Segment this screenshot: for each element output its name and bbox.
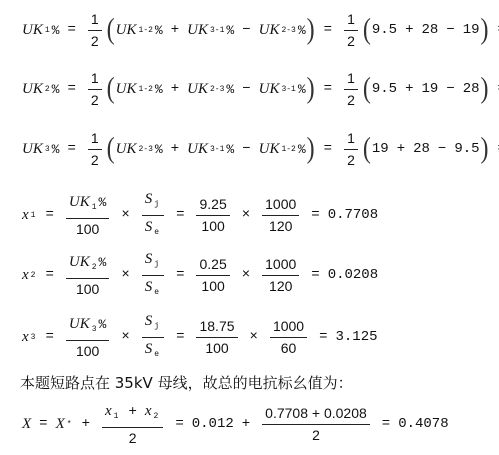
- var-s: S: [145, 279, 153, 295]
- number: 19: [372, 141, 389, 157]
- var-uk: UK: [69, 254, 90, 270]
- number: 9.5: [454, 141, 479, 157]
- subscript: 2: [45, 85, 50, 94]
- plus: +: [128, 404, 136, 420]
- var-s: S: [145, 219, 153, 235]
- number: 19: [463, 22, 480, 38]
- x-sum-fraction: x1+x22: [102, 402, 163, 447]
- result: 0.4078: [398, 416, 448, 432]
- numerator: 1: [344, 11, 358, 31]
- operator: +: [171, 141, 179, 157]
- numerator: 1000: [270, 318, 307, 338]
- equals: =: [39, 416, 47, 432]
- right-paren: ): [307, 72, 315, 106]
- var-uk: UK: [116, 22, 137, 39]
- operator: +: [405, 81, 413, 97]
- var-x-total: X: [22, 416, 31, 433]
- equals: =: [45, 207, 53, 223]
- equals: =: [176, 267, 184, 283]
- value-fraction: 0.25100: [196, 256, 229, 295]
- percent: %: [298, 142, 306, 157]
- number: 19: [422, 81, 439, 97]
- denominator: 2: [88, 150, 102, 169]
- var-uk: UK: [259, 141, 280, 158]
- right-paren: ): [481, 72, 489, 106]
- numerator: 1: [88, 11, 102, 31]
- percent: %: [155, 142, 163, 157]
- operator: +: [405, 22, 413, 38]
- numerator: 1: [344, 130, 358, 150]
- var-s: S: [145, 191, 153, 207]
- number: 9.5: [372, 81, 397, 97]
- numerator: UK3%: [66, 315, 109, 341]
- subscript: e: [154, 228, 159, 237]
- right-paren: ): [307, 13, 315, 47]
- operator: +: [171, 22, 179, 38]
- half-fraction: 12: [88, 70, 102, 109]
- value-sum-fraction: 0.7708 + 0.02082: [262, 405, 370, 444]
- times: ×: [242, 267, 250, 283]
- equation-uk3: UK3% = 12 ( UK2-3% + UK3-1% − UK1-2% ) =…: [22, 129, 499, 169]
- times: ×: [242, 207, 250, 223]
- equals: =: [319, 329, 327, 345]
- operator: −: [446, 81, 454, 97]
- subscript: 2-3: [210, 85, 224, 94]
- numerator: 1000: [262, 196, 299, 216]
- subscript: 1-2: [281, 145, 295, 154]
- times: ×: [121, 329, 129, 345]
- percent: %: [52, 82, 60, 97]
- capacity-fraction: 1000120: [262, 256, 299, 295]
- subscript: j: [154, 322, 159, 331]
- subscript: e: [154, 288, 159, 297]
- subscript: 1: [92, 203, 97, 212]
- equals: =: [67, 22, 75, 38]
- numerator: 18.75: [196, 318, 237, 338]
- uk-over-100-fraction: UK2%100: [66, 253, 109, 298]
- subscript: 2: [92, 263, 97, 272]
- numerator: UK1%: [66, 193, 109, 219]
- percent: %: [298, 23, 306, 38]
- var-uk: UK: [187, 22, 208, 39]
- half-fraction: 12: [344, 11, 358, 50]
- operator: −: [242, 22, 250, 38]
- var-s: S: [145, 251, 153, 267]
- percent: %: [155, 23, 163, 38]
- denominator: 60: [278, 338, 300, 357]
- left-paren: (: [363, 13, 371, 47]
- numerator: 1000: [262, 256, 299, 276]
- subscript: 2-3: [281, 26, 295, 35]
- result: 0.7708: [328, 207, 378, 223]
- subscript: j: [154, 260, 159, 269]
- operator: +: [397, 141, 405, 157]
- equals: =: [45, 329, 53, 345]
- percent: %: [99, 317, 107, 332]
- var-uk: UK: [22, 141, 43, 158]
- denominator: 100: [73, 219, 102, 238]
- numerator: 1: [88, 130, 102, 150]
- equals: =: [176, 329, 184, 345]
- half-fraction: 12: [344, 70, 358, 109]
- sj-over-se-fraction: SjSe: [142, 250, 164, 301]
- operator: +: [171, 81, 179, 97]
- right-paren: ): [481, 13, 489, 47]
- number: 0.012: [192, 416, 234, 432]
- var-s: S: [145, 341, 153, 357]
- denominator: 2: [344, 90, 358, 109]
- operator: −: [242, 81, 250, 97]
- equation-uk2: UK2% = 12 ( UK1-2% + UK2-3% − UK3-1% ) =…: [22, 69, 499, 109]
- var-uk: UK: [187, 141, 208, 158]
- times: ×: [121, 207, 129, 223]
- sj-over-se-fraction: SjSe: [142, 312, 164, 363]
- var-x-star: X: [56, 416, 65, 433]
- numerator: 0.7708 + 0.0208: [262, 405, 370, 425]
- equation-x3: x3 = UK3%100 × SjSe = 18.75100 × 100060 …: [22, 317, 378, 357]
- right-paren: ): [481, 132, 489, 166]
- subscript: 1: [45, 26, 50, 35]
- denominator: Se: [142, 338, 164, 363]
- var-uk: UK: [116, 141, 137, 158]
- uk-over-100-fraction: UK3%100: [66, 315, 109, 360]
- denominator: 100: [198, 276, 227, 295]
- times: ×: [250, 329, 258, 345]
- equation-x2: x2 = UK2%100 × SjSe = 0.25100 × 1000120 …: [22, 255, 378, 295]
- var-x: x: [145, 403, 152, 419]
- percent: %: [52, 142, 60, 157]
- percent: %: [226, 82, 234, 97]
- statement-text: 本题短路点在 35kV 母线，故总的电抗标幺值为：: [20, 372, 353, 393]
- number: 28: [413, 141, 430, 157]
- number: 28: [463, 81, 480, 97]
- denominator: 2: [126, 428, 140, 447]
- var-x: x: [105, 403, 112, 419]
- var-uk: UK: [69, 316, 90, 332]
- half-fraction: 12: [344, 130, 358, 169]
- numerator: Sj: [142, 190, 164, 216]
- uk-over-100-fraction: UK1%100: [66, 193, 109, 238]
- number: 28: [422, 22, 439, 38]
- equals: =: [382, 416, 390, 432]
- numerator: Sj: [142, 312, 164, 338]
- var-uk: UK: [69, 194, 90, 210]
- denominator: 100: [73, 279, 102, 298]
- subscript: 3: [31, 333, 36, 342]
- equals: =: [311, 207, 319, 223]
- left-paren: (: [107, 132, 115, 166]
- value-fraction: 9.25100: [196, 196, 229, 235]
- capacity-fraction: 1000120: [262, 196, 299, 235]
- plus: +: [242, 416, 250, 432]
- equals: =: [311, 267, 319, 283]
- denominator: 120: [266, 276, 295, 295]
- subscript: 1: [114, 412, 119, 421]
- percent: %: [226, 23, 234, 38]
- operator: −: [242, 141, 250, 157]
- percent: %: [52, 23, 60, 38]
- equals: =: [67, 141, 75, 157]
- equation-total-x: X = X* + x1+x22 = 0.012 + 0.7708 + 0.020…: [22, 404, 449, 444]
- denominator: 2: [344, 31, 358, 50]
- subscript: 3: [92, 325, 97, 334]
- denominator: 2: [88, 90, 102, 109]
- subscript: 2-3: [139, 145, 153, 154]
- numerator: 0.25: [196, 256, 229, 276]
- var-x: x: [22, 267, 29, 284]
- numerator: 1: [344, 70, 358, 90]
- equals: =: [45, 267, 53, 283]
- subscript: 3-1: [281, 85, 295, 94]
- equation-uk1: UK1% = 12 ( UK1-2% + UK3-1% − UK2-3% ) =…: [22, 10, 499, 50]
- var-s: S: [145, 313, 153, 329]
- percent: %: [298, 82, 306, 97]
- denominator: 100: [202, 338, 231, 357]
- var-uk: UK: [116, 81, 137, 98]
- numerator: 1: [88, 70, 102, 90]
- equation-x1: x1 = UK1%100 × SjSe = 9.25100 × 1000120 …: [22, 195, 378, 235]
- sj-over-se-fraction: SjSe: [142, 190, 164, 241]
- capacity-fraction: 100060: [270, 318, 307, 357]
- equals: =: [176, 207, 184, 223]
- percent: %: [99, 255, 107, 270]
- operator: −: [446, 22, 454, 38]
- half-fraction: 12: [88, 130, 102, 169]
- subscript: e: [154, 350, 159, 359]
- var-x: x: [22, 329, 29, 346]
- denominator: 2: [309, 425, 323, 444]
- percent: %: [99, 195, 107, 210]
- equals: =: [67, 81, 75, 97]
- percent: %: [155, 82, 163, 97]
- var-uk: UK: [22, 81, 43, 98]
- denominator: 2: [344, 150, 358, 169]
- left-paren: (: [107, 13, 115, 47]
- left-paren: (: [363, 72, 371, 106]
- denominator: 120: [266, 216, 295, 235]
- denominator: 100: [198, 216, 227, 235]
- subscript: *: [67, 420, 72, 429]
- equals: =: [324, 22, 332, 38]
- denominator: Se: [142, 216, 164, 241]
- numerator: x1+x2: [102, 402, 163, 428]
- numerator: Sj: [142, 250, 164, 276]
- equals: =: [324, 81, 332, 97]
- subscript: 1: [31, 211, 36, 220]
- subscript: 2: [154, 412, 159, 421]
- subscript: 3-1: [210, 26, 224, 35]
- left-paren: (: [363, 132, 371, 166]
- equals: =: [324, 141, 332, 157]
- value-fraction: 18.75100: [196, 318, 237, 357]
- var-uk: UK: [22, 22, 43, 39]
- result: 3.125: [336, 329, 378, 345]
- subscript: 3-1: [210, 145, 224, 154]
- subscript: 1-2: [139, 26, 153, 35]
- subscript: j: [154, 200, 159, 209]
- var-x: x: [22, 207, 29, 224]
- numerator: 9.25: [196, 196, 229, 216]
- times: ×: [121, 267, 129, 283]
- operator: −: [438, 141, 446, 157]
- numerator: UK2%: [66, 253, 109, 279]
- result: 0.0208: [328, 267, 378, 283]
- left-paren: (: [107, 72, 115, 106]
- denominator: Se: [142, 276, 164, 301]
- var-uk: UK: [259, 22, 280, 39]
- half-fraction: 12: [88, 11, 102, 50]
- subscript: 1-2: [139, 85, 153, 94]
- equals: =: [175, 416, 183, 432]
- percent: %: [226, 142, 234, 157]
- denominator: 100: [73, 341, 102, 360]
- right-paren: ): [307, 132, 315, 166]
- var-uk: UK: [259, 81, 280, 98]
- subscript: 3: [45, 145, 50, 154]
- denominator: 2: [88, 31, 102, 50]
- number: 9.5: [372, 22, 397, 38]
- subscript: 2: [31, 271, 36, 280]
- plus: +: [82, 416, 90, 432]
- var-uk: UK: [187, 81, 208, 98]
